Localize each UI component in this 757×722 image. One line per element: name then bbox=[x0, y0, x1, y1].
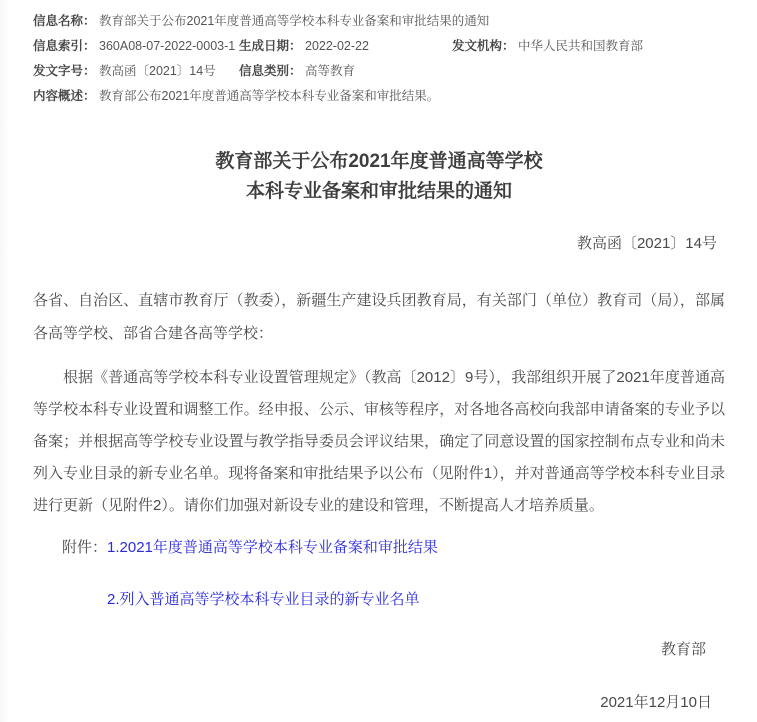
summary-value: 教育部公布2021年度普通高等学校本科专业备案和审批结果。 bbox=[99, 88, 737, 105]
info-name-value: 教育部关于公布2021年度普通高等学校本科专业备案和审批结果的通知 bbox=[99, 13, 737, 30]
attachments-section: 附件：1.2021年度普通高等学校本科专业备案和审批结果 2.列入普通高等学校本… bbox=[33, 532, 725, 616]
document-page: 信息名称： 教育部关于公布2021年度普通高等学校本科专业备案和审批结果的通知 … bbox=[0, 0, 757, 722]
recipients-paragraph: 各省、自治区、直辖市教育厅（教委），新疆生产建设兵团教育局，有关部门（单位）教育… bbox=[33, 284, 725, 350]
attachment-line-2: 2.列入普通高等学校本科专业目录的新专业名单 bbox=[107, 584, 725, 616]
info-name-label: 信息名称： bbox=[33, 13, 99, 30]
signature: 教育部 bbox=[33, 640, 725, 660]
meta-row-docnum-category: 发文字号： 教高函〔2021〕14号 信息类别： 高等教育 bbox=[33, 63, 737, 80]
info-index-label: 信息索引： bbox=[33, 38, 99, 55]
attachment-label: 附件： bbox=[62, 539, 107, 556]
document-title-line2: 本科专业备案和审批结果的通知 bbox=[33, 177, 725, 207]
gen-date-value: 2022-02-22 bbox=[305, 38, 452, 55]
body-paragraph: 根据《普通高等学校本科专业设置管理规定》（教高〔2012〕9号），我部组织开展了… bbox=[33, 362, 725, 522]
meta-row-index-date-org: 信息索引： 360A08-07-2022-0003-1 生成日期： 2022-0… bbox=[33, 38, 737, 55]
attachment-link-2[interactable]: 2.列入普通高等学校本科专业目录的新专业名单 bbox=[107, 591, 420, 608]
document-metadata: 信息名称： 教育部关于公布2021年度普通高等学校本科专业备案和审批结果的通知 … bbox=[0, 0, 757, 105]
document-title-line1: 教育部关于公布2021年度普通高等学校 bbox=[33, 147, 725, 177]
issuing-org-label: 发文机构： bbox=[452, 38, 518, 55]
issue-date: 2021年12月10日 bbox=[33, 693, 725, 713]
info-index-value: 360A08-07-2022-0003-1 bbox=[99, 38, 239, 55]
attachment-link-1[interactable]: 1.2021年度普通高等学校本科专业备案和审批结果 bbox=[107, 539, 438, 556]
issuing-org-value: 中华人民共和国教育部 bbox=[518, 38, 737, 55]
gen-date-label: 生成日期： bbox=[239, 38, 305, 55]
meta-row-summary: 内容概述： 教育部公布2021年度普通高等学校本科专业备案和审批结果。 bbox=[33, 88, 737, 105]
document-body: 教育部关于公布2021年度普通高等学校 本科专业备案和审批结果的通知 教高函〔2… bbox=[0, 147, 757, 713]
summary-label: 内容概述： bbox=[33, 88, 99, 105]
doc-number-value: 教高函〔2021〕14号 bbox=[99, 63, 239, 80]
document-title: 教育部关于公布2021年度普通高等学校 本科专业备案和审批结果的通知 bbox=[33, 147, 725, 207]
document-number: 教高函〔2021〕14号 bbox=[33, 234, 725, 254]
meta-row-info-name: 信息名称： 教育部关于公布2021年度普通高等学校本科专业备案和审批结果的通知 bbox=[33, 13, 737, 30]
info-category-label: 信息类别： bbox=[239, 63, 305, 80]
info-category-value: 高等教育 bbox=[305, 63, 737, 80]
attachment-line-1: 附件：1.2021年度普通高等学校本科专业备案和审批结果 bbox=[62, 532, 725, 564]
doc-number-label: 发文字号： bbox=[33, 63, 99, 80]
